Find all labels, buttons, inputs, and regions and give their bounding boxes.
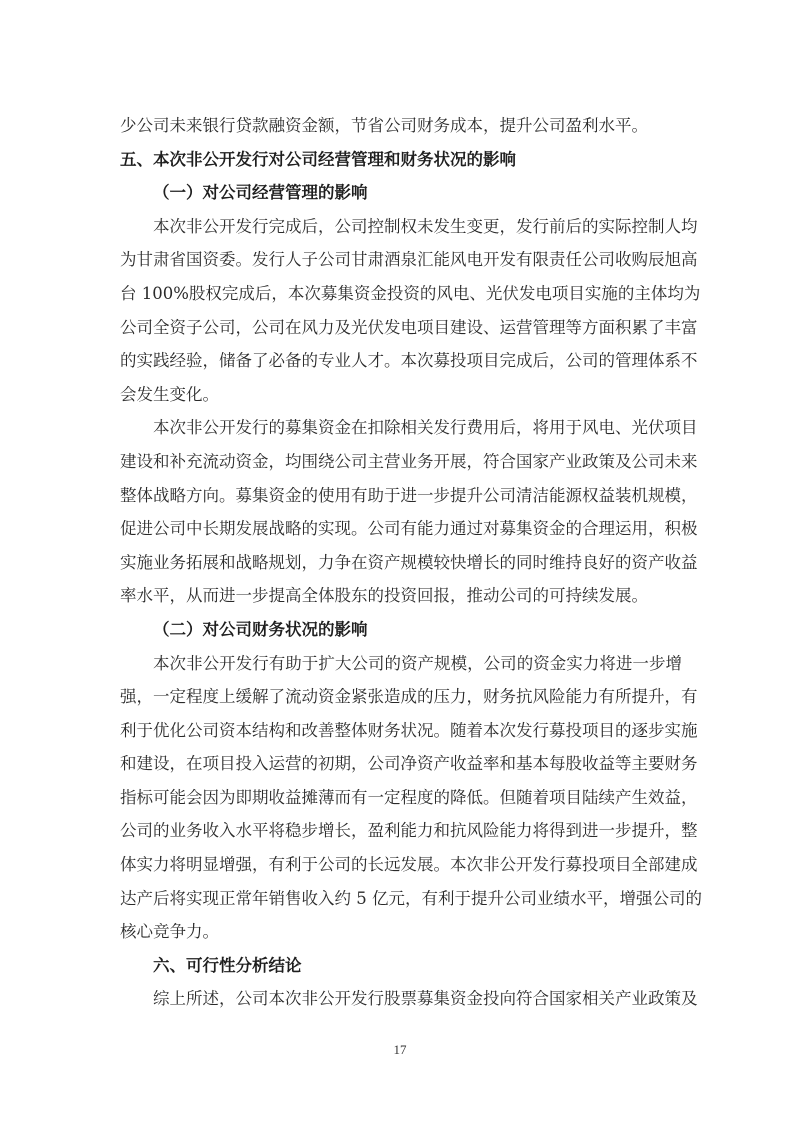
section-heading-6: 六、可行性分析结论 [120,949,682,983]
paragraph-line: 实施业务拓展和战略规划，力争在资产规模较快增长的同时维持良好的资产收益 [120,546,682,580]
subsection-heading-2: （二）对公司财务状况的影响 [120,613,682,647]
paragraph-continuation: 少公司未来银行贷款融资金额，节省公司财务成本，提升公司盈利水平。 [120,109,682,143]
page-number: 17 [0,1042,800,1058]
paragraph-line: 核心竞争力。 [120,915,682,949]
paragraph-line: 本次非公开发行有助于扩大公司的资产规模，公司的资金实力将进一步增 [120,647,682,681]
paragraph-line: 公司全资子公司，公司在风力及光伏发电项目建设、运营管理等方面积累了丰富 [120,311,682,345]
paragraph-line: 体实力将明显增强，有利于公司的长远发展。本次非公开发行募投项目全部建成 [120,848,682,882]
paragraph-conclusion: 综上所述，公司本次非公开发行股票募集资金投向符合国家相关产业政策及 [120,982,682,1016]
paragraph-line: 公司的业务收入水平将稳步增长，盈利能力和抗风险能力将得到进一步提升，整 [120,814,682,848]
page-content: 少公司未来银行贷款融资金额，节省公司财务成本，提升公司盈利水平。 五、本次非公开… [120,109,682,1016]
paragraph-line: 会发生变化。 [120,378,682,412]
paragraph-line: 本次非公开发行的募集资金在扣除相关发行费用后，将用于风电、光伏项目 [120,411,682,445]
paragraph-line: 促进公司中长期发展战略的实现。公司有能力通过对募集资金的合理运用，积极 [120,512,682,546]
paragraph-fund-usage: 本次非公开发行的募集资金在扣除相关发行费用后，将用于风电、光伏项目 建设和补充流… [120,411,682,613]
paragraph-line: 为甘肃省国资委。发行人子公司甘肃酒泉汇能风电开发有限责任公司收购辰旭高 [120,243,682,277]
paragraph-management-control: 本次非公开发行完成后，公司控制权未发生变更，发行前后的实际控制人均 为甘肃省国资… [120,210,682,412]
paragraph-financial-impact: 本次非公开发行有助于扩大公司的资产规模，公司的资金实力将进一步增 强，一定程度上… [120,647,682,949]
paragraph-line: 整体战略方向。募集资金的使用有助于进一步提升公司清洁能源权益装机规模， [120,479,682,513]
subsection-heading-1: （一）对公司经营管理的影响 [120,176,682,210]
paragraph-line: 达产后将实现正常年销售收入约 5 亿元，有利于提升公司业绩水平，增强公司的 [120,882,682,916]
document-page: 少公司未来银行贷款融资金额，节省公司财务成本，提升公司盈利水平。 五、本次非公开… [0,0,800,1131]
section-heading-5: 五、本次非公开发行对公司经营管理和财务状况的影响 [120,143,682,177]
paragraph-line: 率水平，从而进一步提高全体股东的投资回报，推动公司的可持续发展。 [120,579,682,613]
paragraph-line: 综上所述，公司本次非公开发行股票募集资金投向符合国家相关产业政策及 [120,982,682,1016]
paragraph-line: 指标可能会因为即期收益摊薄而有一定程度的降低。但随着项目陆续产生效益， [120,781,682,815]
paragraph-line: 本次非公开发行完成后，公司控制权未发生变更，发行前后的实际控制人均 [120,210,682,244]
paragraph-line: 和建设，在项目投入运营的初期，公司净资产收益率和基本每股收益等主要财务 [120,747,682,781]
paragraph-line: 的实践经验，储备了必备的专业人才。本次募投项目完成后，公司的管理体系不 [120,344,682,378]
paragraph-line: 建设和补充流动资金，均围绕公司主营业务开展，符合国家产业政策及公司未来 [120,445,682,479]
paragraph-line: 台 100%股权完成后，本次募集资金投资的风电、光伏发电项目实施的主体均为 [120,277,682,311]
paragraph-line: 强，一定程度上缓解了流动资金紧张造成的压力，财务抗风险能力有所提升，有 [120,680,682,714]
paragraph-line: 利于优化公司资本结构和改善整体财务状况。随着本次发行募投项目的逐步实施 [120,714,682,748]
